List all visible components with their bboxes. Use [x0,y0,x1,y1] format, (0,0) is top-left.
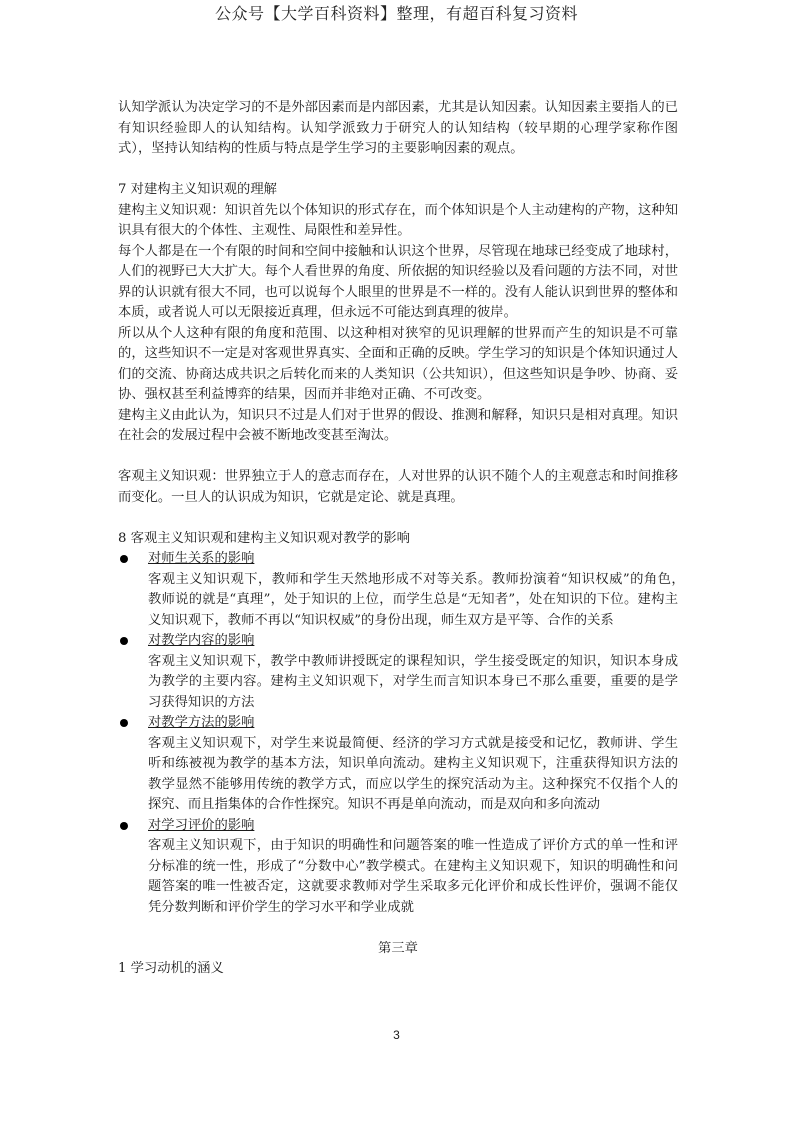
section-7-heading: 7 对建构主义知识观的理解 [118,180,678,201]
spacer [118,918,678,939]
bullet-icon [120,719,128,727]
bullet-item-method: 对教学方法的影响 客观主义知识观下，对学生来说最简便、经济的学习方式就是接受和记… [118,713,678,816]
bullet-icon [120,555,128,563]
intro-paragraph: 认知学派认为决定学习的不是外部因素而是内部因素，尤其是认知因素。认知因素主要指人… [118,98,678,160]
bullet-icon [120,822,128,830]
document-body: 认知学派认为决定学习的不是外部因素而是内部因素，尤其是认知因素。认知因素主要指人… [118,98,678,980]
paragraph: 每个人都是在一个有限的时间和空间中接触和认识这个世界，尽管现在地球已经变成了地球… [118,242,678,324]
bullet-item-content: 对教学内容的影响 客观主义知识观下，教学中教师讲授既定的课程知识，学生接受既定的… [118,631,678,713]
bullet-item-evaluation: 对学习评价的影响 客观主义知识观下，由于知识的明确性和问题答案的唯一性造成了评价… [118,816,678,919]
watermark-header: 公众号【大学百科资料】整理，有超百科复习资料 [0,3,793,25]
bullet-body: 客观主义知识观下，对学生来说最简便、经济的学习方式就是接受和记忆，教师讲、学生听… [148,734,678,816]
bullet-title: 对教学内容的影响 [148,631,678,652]
spacer [118,160,678,181]
bullet-item-teacher-student: 对师生关系的影响 客观主义知识观下，教师和学生天然地形成不对等关系。教师扮演着“… [118,549,678,631]
bullet-title: 对教学方法的影响 [148,713,678,734]
bullet-icon [120,637,128,645]
spacer [118,508,678,529]
chapter-title: 第三章 [118,939,678,960]
bullet-body: 客观主义知识观下，由于知识的明确性和问题答案的唯一性造成了评价方式的单一性和评分… [148,836,678,918]
objectivism-paragraph: 客观主义知识观：世界独立于人的意志而存在，人对世界的认识不随个人的主观意志和时间… [118,467,678,508]
bullet-title: 对学习评价的影响 [148,816,678,837]
bullet-title: 对师生关系的影响 [148,549,678,570]
bullet-body: 客观主义知识观下，教师和学生天然地形成不对等关系。教师扮演着“知识权威”的角色，… [148,570,678,632]
section-8-heading: 8 客观主义知识观和建构主义知识观对教学的影响 [118,529,678,550]
bullet-body: 客观主义知识观下，教学中教师讲授既定的课程知识，学生接受既定的知识，知识本身成为… [148,652,678,714]
paragraph: 建构主义知识观：知识首先以个体知识的形式存在，而个体知识是个人主动建构的产物，这… [118,201,678,242]
paragraph: 所以从个人这种有限的角度和范围、以这种相对狭窄的见识理解的世界而产生的知识是不可… [118,324,678,406]
section-1-heading: 1 学习动机的涵义 [118,959,678,980]
spacer [118,447,678,468]
page-number: 3 [0,1028,793,1042]
paragraph: 建构主义由此认为，知识只不过是人们对于世界的假设、推测和解释，知识只是相对真理。… [118,406,678,447]
